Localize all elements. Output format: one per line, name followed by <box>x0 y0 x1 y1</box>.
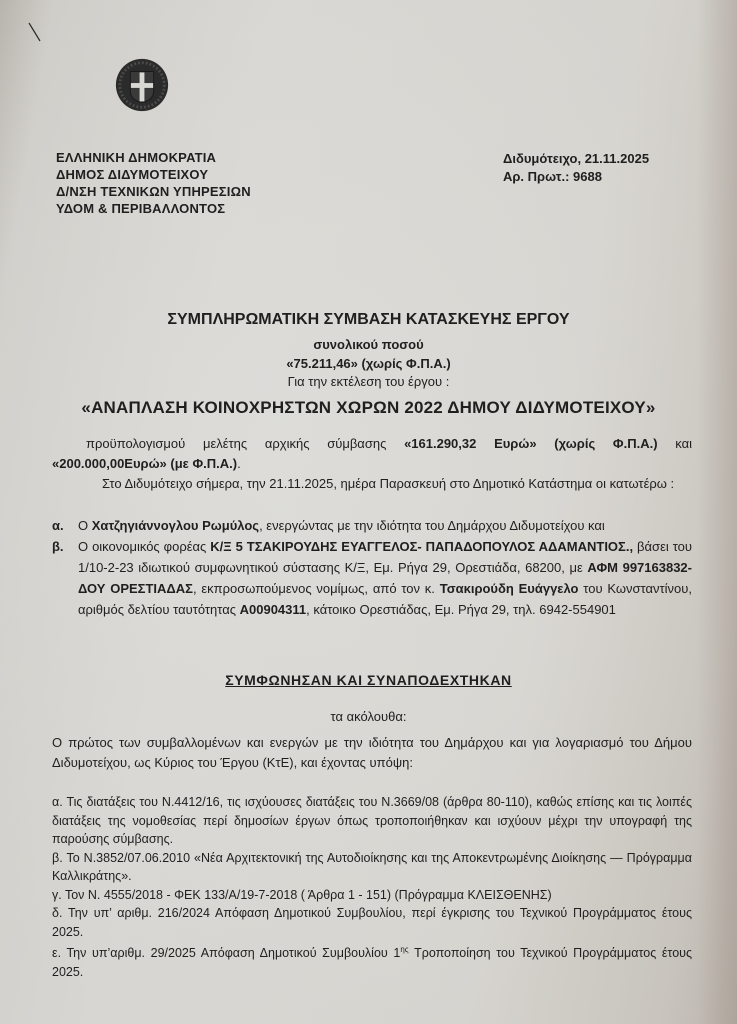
considerations-list: α. Τις διατάξεις του Ν.4412/16, τις ισχύ… <box>52 793 692 981</box>
contracting-parties: α. Ο Χατζηγιάννογλου Ρωμύλος, ενεργώντας… <box>52 515 692 620</box>
consideration-item: β. Το Ν.3852/07.06.2010 «Νέα Αρχιτεκτονι… <box>52 849 692 886</box>
representative-name: Τσακιρούδη Ευάγγελο <box>440 581 579 596</box>
following-label: τα ακόλουθα: <box>0 709 737 724</box>
budget-no-vat: «161.290,32 Ευρώ» (χωρίς Φ.Π.Α.) <box>404 436 657 451</box>
pen-mark-icon <box>28 22 42 42</box>
consideration-item: α. Τις διατάξεις του Ν.4412/16, τις ισχύ… <box>52 793 692 849</box>
page-edge-shadow <box>697 0 737 1024</box>
party-item: α. Ο Χατζηγιάννογλου Ρωμύλος, ενεργώντας… <box>52 515 692 536</box>
contractor-name: Κ/Ξ 5 ΤΣΑΚΙΡΟΥΔΗΣ ΕΥΑΓΓΕΛΟΣ- ΠΑΠΑΔΟΠΟΥΛΟ… <box>210 539 633 554</box>
agreement-heading: ΣΥΜΦΩΝΗΣΑΝ ΚΑΙ ΣΥΝΑΠΟΔΕΧΤΗΚΑΝ <box>0 672 737 688</box>
mayor-name: Χατζηγιάννογλου Ρωμύλος <box>92 518 259 533</box>
consideration-item: δ. Την υπ’ αριθμ. 216/2024 Απόφαση Δημοτ… <box>52 904 692 941</box>
contract-title: ΣΥΜΠΛΗΡΩΜΑΤΙΚΗ ΣΥΜΒΑΣΗ ΚΑΤΑΣΚΕΥΗΣ ΕΡΓΟΥ <box>0 311 737 329</box>
place-date: Διδυμότειχο, 21.11.2025 <box>503 150 649 168</box>
org-line: Δ/ΝΣΗ ΤΕΧΝΙΚΩΝ ΥΠΗΡΕΣΙΩΝ <box>56 183 251 200</box>
intro-paragraph: Ο πρώτος των συμβαλλομένων και ενεργών μ… <box>52 733 692 773</box>
budget-paragraph: προϋπολογισμού μελέτης αρχικής σύμβασης … <box>52 434 692 474</box>
budget-with-vat: «200.000,00Ευρώ» (με Φ.Π.Α.) <box>52 456 237 471</box>
protocol-number: Αρ. Πρωτ.: 9688 <box>503 168 649 186</box>
consideration-item: ε. Την υπ’αριθμ. 29/2025 Απόφαση Δημοτικ… <box>52 941 692 981</box>
org-line: ΕΛΛΗΝΙΚΗ ΔΗΜΟΚΡΑΤΙΑ <box>56 149 251 166</box>
contract-amount: «75.211,46» (χωρίς Φ.Π.Α.) <box>0 356 737 371</box>
for-execution-label: Για την εκτέλεση του έργου : <box>0 374 737 389</box>
id-number: Α00904311 <box>240 602 307 617</box>
contract-subtitle: συνολικού ποσού <box>0 337 737 352</box>
project-name: «ΑΝΑΠΛΑΣΗ ΚΟΙΝΟΧΡΗΣΤΩΝ ΧΩΡΩΝ 2022 ΔΗΜΟΥ … <box>0 398 737 418</box>
consideration-item: γ. Τον Ν. 4555/2018 - ΦΕΚ 133/Α/19-7-201… <box>52 886 692 905</box>
party-item: β. Ο οικονομικός φορέας Κ/Ξ 5 ΤΣΑΚΙΡΟΥΔΗ… <box>52 536 692 620</box>
meeting-paragraph: Στο Διδυμότειχο σήμερα, την 21.11.2025, … <box>52 474 692 494</box>
org-line: ΔΗΜΟΣ ΔΙΔΥΜΟΤΕΙΧΟΥ <box>56 166 251 183</box>
greek-coat-of-arms-icon <box>113 56 171 114</box>
org-line: ΥΔΟΜ & ΠΕΡΙΒΑΛΛΟΝΤΟΣ <box>56 200 251 217</box>
issuing-authority: ΕΛΛΗΝΙΚΗ ΔΗΜΟΚΡΑΤΙΑ ΔΗΜΟΣ ΔΙΔΥΜΟΤΕΙΧΟΥ Δ… <box>56 149 251 217</box>
date-protocol-block: Διδυμότειχο, 21.11.2025 Αρ. Πρωτ.: 9688 <box>503 150 649 186</box>
